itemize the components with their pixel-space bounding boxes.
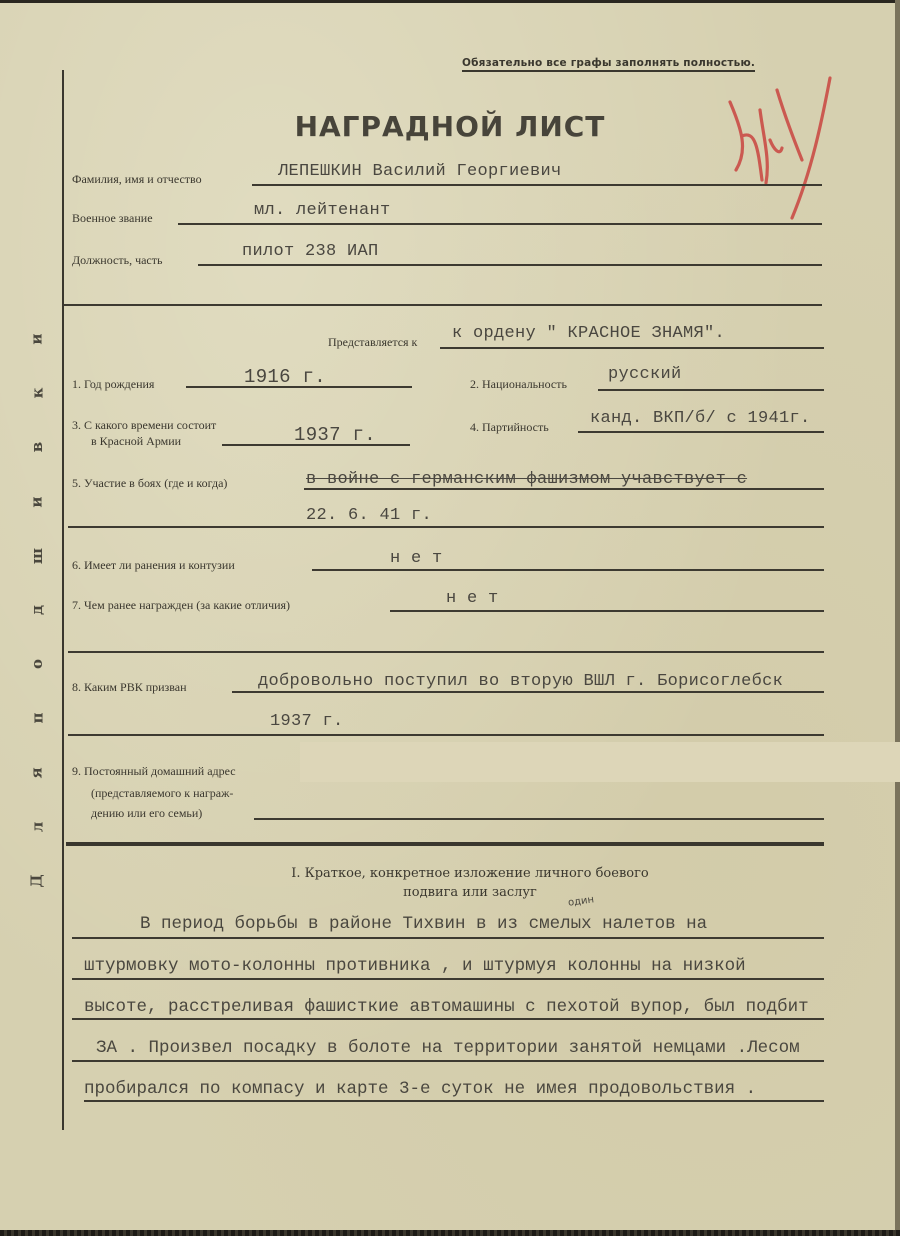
army-since-label: 3. С какого времени состоит [72,418,216,433]
address-label-3: дению или его семьи) [91,806,202,821]
nationality-value: русский [608,365,682,384]
prior-awards-label: 7. Чем ранее награжден (за какие отличия… [72,598,290,613]
page-title: НАГРАДНОЙ ЛИСТ [0,110,900,143]
nationality-label: 2. Национальность [470,377,567,392]
fio-value: ЛЕПЕШКИН Василий Георгиевич [278,162,562,181]
nominated-label: Представляется к [328,335,417,350]
position-label: Должность, часть [72,253,162,268]
narrative-line [72,1060,824,1062]
wounds-line [312,569,824,571]
battles-value-line1: в войне с германским фашизмом учавствует… [306,470,747,489]
rvk-line [232,691,824,693]
battles-value-line2: 22. 6. 41 г. [306,506,432,525]
prior-awards-value: н е т [446,589,499,608]
fio-label: Фамилия, имя и отчество [72,172,202,187]
header-divider [64,304,822,306]
rvk-value-line1: добровольно поступил во вторую ВШЛ г. Бо… [258,672,783,691]
rvk-value-line2: 1937 г. [270,712,344,731]
red-signature-icon [722,70,837,225]
redacted-area [300,742,900,782]
narrative-text: штурмовку мото-колонны противника , и шт… [84,956,746,976]
margin-letter: и [28,333,46,344]
nominated-value: к ордену " КРАСНОЕ ЗНАМЯ". [452,324,725,343]
binding-margin-line [62,70,64,1130]
birth-year-value: 1916 г. [244,366,326,388]
nationality-line [598,389,824,391]
narrative-line [72,937,824,939]
battles-line-2 [68,526,824,528]
margin-letter: о [28,659,46,669]
army-since-label-2: в Красной Армии [91,434,181,449]
section-divider [66,842,824,846]
margin-letter: д [28,605,46,615]
page-edge-bottom [0,1230,900,1236]
wounds-label: 6. Имеет ли ранения и контузии [72,558,235,573]
army-since-value: 1937 г. [294,424,376,446]
margin-letter: л [28,821,46,832]
margin-letter: к [28,388,46,399]
margin-letter: п [28,713,46,724]
margin-letter: ш [28,548,46,564]
rvk-line-2 [68,734,824,736]
narrative-text: В период борьбы в районе Тихвин в из сме… [140,914,707,934]
rank-label: Военное звание [72,211,153,226]
rank-line [178,223,822,225]
birth-year-label: 1. Год рождения [72,377,154,392]
position-value: пилот 238 ИАП [242,242,379,261]
position-line [198,264,822,266]
party-label: 4. Партийность [470,420,549,435]
prior-awards-line-2 [68,651,824,653]
page-edge-right [895,0,900,1236]
page-edge-top [0,0,900,3]
margin-letter: и [28,496,46,507]
rvk-label: 8. Каким РВК призван [72,680,187,695]
party-value: канд. ВКП/б/ с 1941г. [590,409,811,428]
fio-line [252,184,822,186]
narrative-text: ЗА . Произвел посадку в болоте на террит… [96,1038,800,1058]
binding-margin-label: Д л я п о д ш и в к и [22,330,52,890]
battles-label: 5. Участие в боях (где и когда) [72,476,227,491]
prior-awards-line [390,610,824,612]
section1-heading: I. Краткое, конкретное изложение личного… [0,864,900,902]
nominated-line [440,347,824,349]
margin-letter: я [28,767,46,778]
margin-letter: в [28,442,46,452]
narrative-line [72,978,824,980]
narrative-text: высоте, расстреливая фашисткие автомашин… [84,997,809,1017]
address-label-2: (представляемого к награж- [91,786,233,801]
wounds-value: н е т [390,549,443,568]
rank-value: мл. лейтенант [254,201,391,220]
fill-notice: Обязательно все графы заполнять полность… [462,57,755,72]
narrative-line [84,1100,824,1102]
address-label: 9. Постоянный домашний адрес [72,764,236,779]
handwritten-insert: один [567,894,594,909]
address-line [254,818,824,820]
narrative-text: пробирался по компасу и карте 3-е суток … [84,1079,756,1099]
party-line [578,431,824,433]
narrative-line [72,1018,824,1020]
